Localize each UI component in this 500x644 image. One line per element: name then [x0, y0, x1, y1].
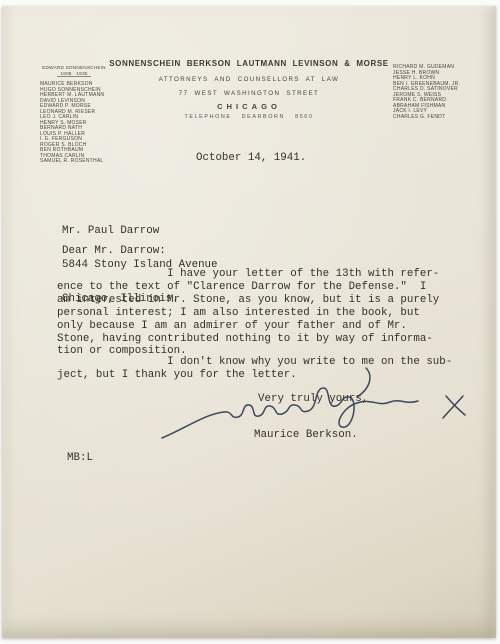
letter-paper: SONNENSCHEIN BERKSON LAUTMANN LEVINSON &…: [2, 6, 496, 638]
letter-date: October 14, 1941.: [196, 152, 306, 165]
recipient-name: Mr. Paul Darrow: [62, 226, 218, 237]
partner-list-right: RICHARD M. GUDEMAN JESSE H. BROWN HENRY …: [393, 65, 460, 120]
partner-list-left: MAURICE BERKSON HUGO SONNENSCHEIN HERBER…: [40, 82, 104, 165]
typist-initials: MB:L: [67, 452, 93, 465]
salutation: Dear Mr. Darrow:: [62, 245, 166, 258]
partner-name: SAMUEL R. ROSENTHAL: [40, 159, 104, 165]
typed-signature: Maurice Berkson.: [254, 429, 358, 442]
partner-name: CHARLES G. FENDT: [393, 115, 460, 121]
body-paragraph: I have your letter of the 13th with refe…: [57, 268, 439, 358]
memorial-block: EDWARD SONNENSCHEIN 1908 - 1935: [36, 65, 112, 77]
body-paragraph: I don't know why you write to me on the …: [57, 356, 452, 382]
closing: Very truly yours,: [258, 393, 368, 406]
memorial-dates: 1908 - 1935: [57, 71, 90, 78]
